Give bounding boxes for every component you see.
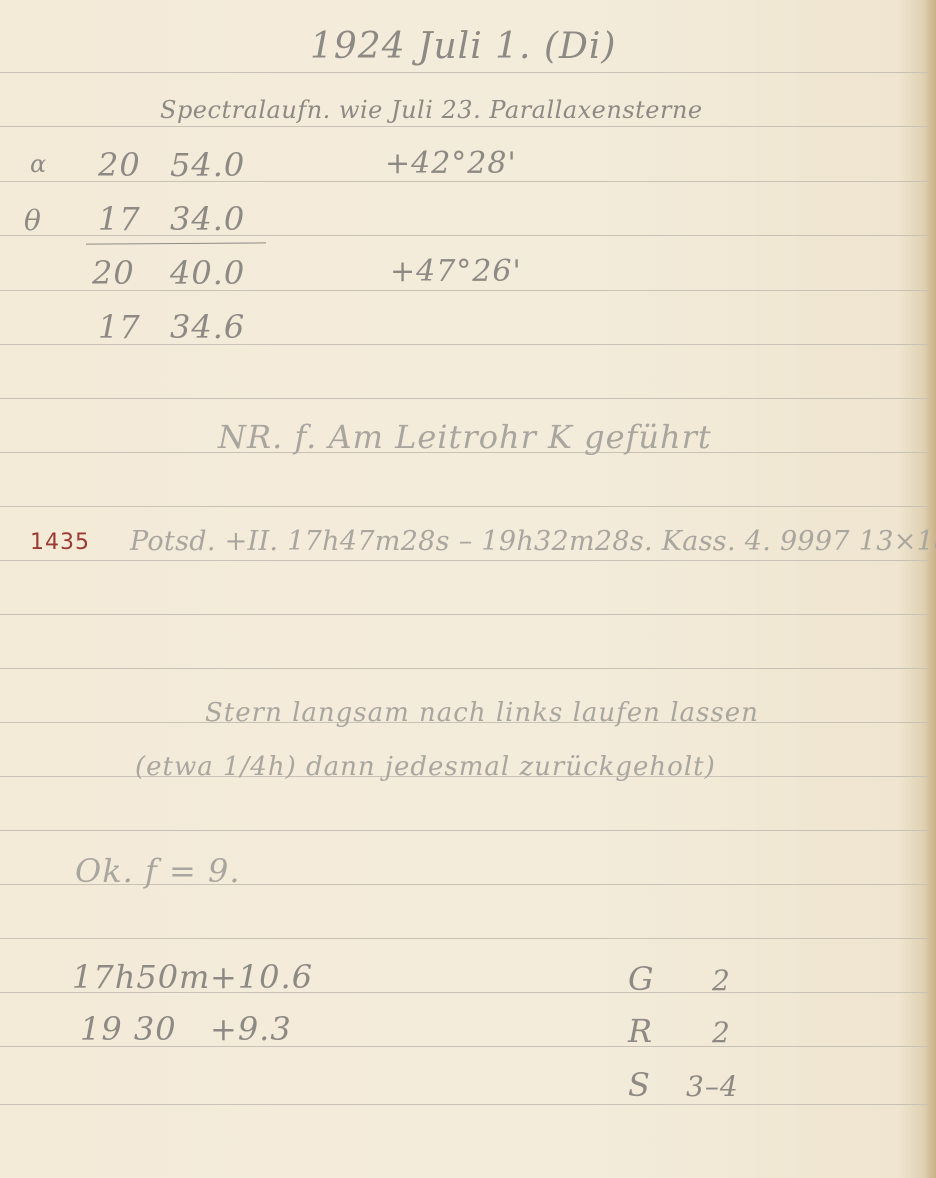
ra-minutes: 40.0 (170, 254, 245, 292)
reading-value: +10.6 (210, 958, 313, 996)
rating-symbol: S (628, 1066, 651, 1104)
rating-value: 2 (712, 964, 731, 997)
ocular-note: Ok. f = 9. (75, 852, 241, 890)
remark-line-2: (etwa 1/4h) dann jedesmal zurückgeholt) (135, 752, 716, 782)
rating-value: 2 (712, 1016, 731, 1049)
ra-minutes: 54.0 (170, 146, 245, 184)
subtitle-line: Spectralaufn. wie Juli 23. Parallaxenste… (160, 96, 703, 124)
reading-time: 17h50m (72, 958, 210, 996)
ruled-line (0, 614, 928, 615)
plate-number: 1435 (30, 530, 90, 555)
ra-hours: 17 (98, 308, 141, 346)
ruled-line (0, 560, 928, 561)
remark-line-1: Stern langsam nach links laufen lassen (205, 698, 759, 728)
ruled-line (0, 830, 928, 831)
ra-minutes: 34.0 (170, 200, 245, 238)
ruled-line (0, 1104, 928, 1105)
star-label: θ (24, 204, 42, 237)
reading-value: +9.3 (210, 1010, 292, 1048)
page-edge-shadow (924, 0, 936, 1178)
ruled-line (0, 72, 928, 73)
ra-hours: 17 (98, 200, 141, 238)
ra-hours: 20 (98, 146, 141, 184)
declination: +42°28' (385, 146, 517, 181)
exposure-details: Potsd. +II. 17h47m28s – 19h32m28s. Kass.… (130, 526, 936, 557)
separator-stroke (86, 242, 266, 244)
star-label: α (30, 150, 47, 178)
reading-time: 19 30 (80, 1010, 177, 1048)
ruled-line (0, 398, 928, 399)
rating-value: 3–4 (686, 1070, 739, 1103)
ra-minutes: 34.6 (170, 308, 245, 346)
rating-symbol: G (628, 960, 655, 998)
ruled-line (0, 506, 928, 507)
ruled-line (0, 668, 928, 669)
ruled-line (0, 938, 928, 939)
rating-symbol: R (628, 1012, 653, 1050)
ruled-line (0, 126, 928, 127)
date-heading: 1924 Juli 1. (Di) (310, 26, 616, 67)
notebook-page: 1924 Juli 1. (Di) Spectralaufn. wie Juli… (0, 0, 936, 1178)
guide-note: NR. f. Am Leitrohr K geführt (218, 418, 712, 456)
declination: +47°26' (390, 254, 522, 289)
ra-hours: 20 (92, 254, 135, 292)
ruled-line (0, 290, 928, 291)
